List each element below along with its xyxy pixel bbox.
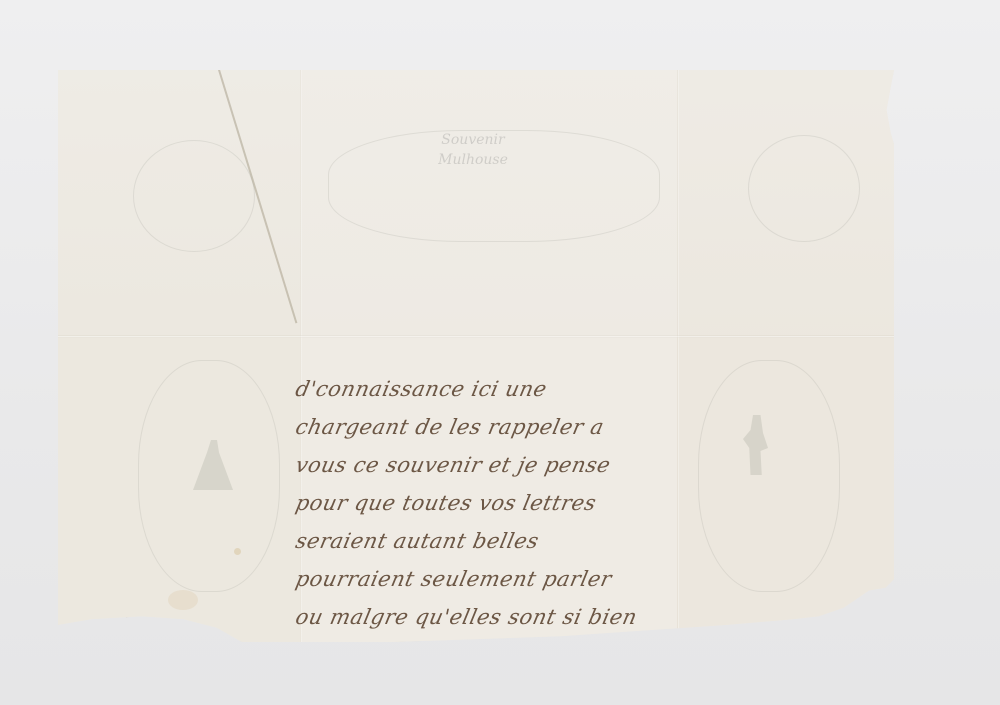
handwritten-line: chargeant de les rappeler a — [292, 408, 690, 446]
engraved-arch-right — [698, 360, 840, 592]
foxing-spot — [234, 548, 241, 555]
handwritten-line: pour que toutes vos lettres — [292, 484, 690, 522]
handwritten-line: ou malgre qu'elles sont si bien — [292, 598, 690, 636]
handwritten-line: pourraient seulement parler — [292, 560, 690, 598]
horizontal-fold — [58, 335, 894, 338]
letter-sheet: Souvenir Mulhouse d'connaissance ici une… — [58, 70, 894, 642]
foxing-stain — [168, 590, 198, 610]
engraved-medallion-right — [748, 135, 860, 242]
engraved-header-line-2: Mulhouse — [418, 150, 528, 170]
handwritten-line: d'connaissance ici une — [292, 370, 690, 408]
handwritten-text: d'connaissance ici une chargeant de les … — [296, 370, 686, 636]
engraved-header: Souvenir Mulhouse — [418, 130, 528, 190]
engraved-header-line-1: Souvenir — [418, 130, 528, 150]
handwritten-line: vous ce souvenir et je pense — [292, 446, 690, 484]
handwritten-line: seraient autant belles — [292, 522, 690, 560]
engraved-medallion-left — [133, 140, 255, 252]
